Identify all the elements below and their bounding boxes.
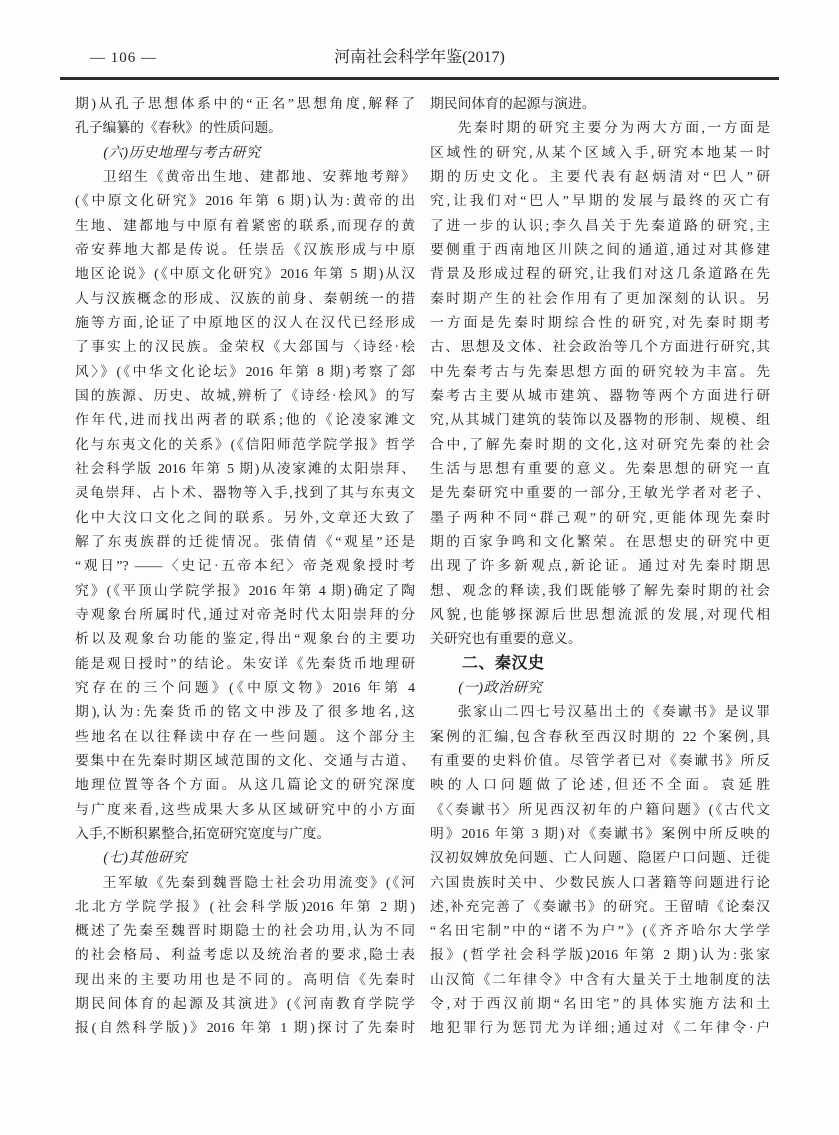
- yearbook-page: — 106 — 河南社会科学年鉴(2017) 期)从孔子思想体系中的“正名”思想…: [0, 0, 839, 1135]
- text-line: 有重要的史料价值。尽管学者已对《奏谳书》所反: [430, 749, 770, 773]
- text-line: 地犯罪行为惩罚尤为详细;通过对《二年律令·户: [430, 1016, 770, 1040]
- text-line: 概述了先秦至魏晋时期隐士的社会功用,认为不同: [75, 919, 415, 943]
- text-line: 期民间体育的起源与演进。: [430, 92, 770, 116]
- section-heading: (六)历史地理与考古研究: [75, 141, 415, 165]
- text-line: 期)从孔子思想体系中的“正名”思想角度,解释了: [75, 92, 415, 116]
- text-line: 能是观日授时”的结论。朱安详《先秦货币地理研: [75, 652, 415, 676]
- text-line: 究,让我们对“巴人”早期的发展与最终的灭亡有: [430, 189, 770, 213]
- text-line: 卫绍生《黄帝出生地、建都地、安葬地考辩》: [75, 165, 415, 189]
- text-line: 作年代,进而找出两者的联系;他的《论凌家滩文: [75, 408, 415, 432]
- text-line: 的社会格局、利益考虑以及统治者的要求,隐士表: [75, 943, 415, 967]
- text-line: 古、思想及文体、社会政治等几个方面进行研究,其: [430, 335, 770, 359]
- section-heading: (一)政治研究: [430, 676, 770, 700]
- text-line: 秦考古主要从城市建筑、器物等两个方面进行研: [430, 384, 770, 408]
- text-line: 映的人口问题做了论述,但还不全面。袁延胜: [430, 773, 770, 797]
- text-line: 报(自然科学版)》2016 年第 1 期)探讨了先秦时: [75, 1016, 415, 1040]
- right-column: 期民间体育的起源与演进。先秦时期的研究主要分为两大方面,一方面是区域性的研究,从…: [430, 92, 770, 1041]
- text-line: 究》(《平顶山学院学报》2016 年第 4 期)确定了陶: [75, 579, 415, 603]
- text-line: 究存在的三个问题》(《中原文物》2016 年第 4: [75, 676, 415, 700]
- text-line: 要侧重于西南地区川陕之间的通道,通过对其修建: [430, 238, 770, 262]
- text-line: 一方面是先秦时期综合性的研究,对先秦时期考: [430, 311, 770, 335]
- text-line: 背景及形成过程的研究,让我们对这几条道路在先: [430, 262, 770, 286]
- text-line: 中先秦考古与先秦思想方面的研究较为丰富。先: [430, 360, 770, 384]
- text-line: 了进一步的认识;李久昌关于先秦道路的研究,主: [430, 214, 770, 238]
- text-line: 风貌,也能够探源后世思想流派的发展,对现代相: [430, 603, 770, 627]
- text-line: 期),认为:先秦货币的铭文中涉及了很多地名,这: [75, 700, 415, 724]
- text-line: 寺观象台所属时代,通过对帝尧时代太阳崇拜的分: [75, 603, 415, 627]
- text-line: 灵龟崇拜、占卜术、器物等入手,找到了其与东夷文: [75, 481, 415, 505]
- text-line: 汉初奴婢放免问题、亡人问题、隐匿户口问题、迁徙: [430, 846, 770, 870]
- text-line: 期的历史文化。主要代表有赵炳清对“巴人”研: [430, 165, 770, 189]
- text-line: 地区论说》(《中原文化研究》2016 年第 5 期)从汉: [75, 262, 415, 286]
- text-line: 墨子两种不同“群己观”的研究,更能体现先秦时: [430, 506, 770, 530]
- text-line: 风〉》(《中华文化论坛》2016 年第 8 期)考察了郐: [75, 360, 415, 384]
- journal-title: 河南社会科学年鉴(2017): [0, 47, 839, 69]
- chapter-heading: 二、秦汉史: [430, 652, 770, 676]
- text-line: 与广度来看,这些成果大多从区域研究中的小方面: [75, 798, 415, 822]
- text-line: 六国贵族时关中、少数民族人口著籍等问题进行论: [430, 871, 770, 895]
- text-line: 报》(哲学社会科学版)2016 年第 2 期)认为:张家: [430, 943, 770, 967]
- text-line: 关研究也有重要的意义。: [430, 627, 770, 651]
- text-line: 生活与思想有重要的意义。先秦思想的研究一直: [430, 457, 770, 481]
- text-line: 国的族源、历史、故城,辨析了《诗经·桧风》的写: [75, 384, 415, 408]
- text-line: 析以及观象台功能的鉴定,得出“观象台的主要功: [75, 627, 415, 651]
- text-line: 解了东夷族群的迁徙情况。张倩倩《“观星”还是: [75, 530, 415, 554]
- text-line: 案例的汇编,包含春秋至西汉时期的 22 个案例,具: [430, 725, 770, 749]
- text-line: 述,补充完善了《奏谳书》的研究。王留晴《论秦汉: [430, 895, 770, 919]
- text-line: 先秦时期的研究主要分为两大方面,一方面是: [430, 116, 770, 140]
- text-line: 要集中在先秦时期区域范围的文化、交通与古道、: [75, 749, 415, 773]
- text-line: 孔子编纂的《春秋》的性质问题。: [75, 116, 415, 140]
- text-line: 秦时期产生的社会作用有了更加深刻的认识。另: [430, 287, 770, 311]
- text-line: 令,对于西汉前期“名田宅”的具体实施方法和土: [430, 992, 770, 1016]
- left-column: 期)从孔子思想体系中的“正名”思想角度,解释了孔子编纂的《春秋》的性质问题。(六…: [75, 92, 415, 1041]
- text-line: 期民间体育的起源及其演进》(《河南教育学院学: [75, 992, 415, 1016]
- text-line: 明》2016 年第 3 期)对《奏谳书》案例中所反映的: [430, 822, 770, 846]
- text-line: 人与汉族概念的形成、汉族的前身、秦朝统一的措: [75, 287, 415, 311]
- header-divider: [60, 77, 779, 80]
- text-line: 了事实上的汉民族。金荣权《大郐国与〈诗经·桧: [75, 335, 415, 359]
- text-line: 生地、建都地与中原有着紧密的联系,而现存的黄: [75, 214, 415, 238]
- text-line: 期的百家争鸣和文化繁荣。在思想史的研究中更: [430, 530, 770, 554]
- text-line: 《〈奏谳书〉所见西汉初年的户籍问题》(《古代文: [430, 798, 770, 822]
- text-line: 入手,不断积累整合,拓宽研究宽度与广度。: [75, 822, 415, 846]
- text-line: 山汉简《二年律令》中含有大量关于土地制度的法: [430, 968, 770, 992]
- text-line: 是先秦研究中重要的一部分,王敏光学者对老子、: [430, 481, 770, 505]
- text-line: (《中原文化研究》2016 年第 6 期)认为:黄帝的出: [75, 189, 415, 213]
- text-line: 化中大汶口文化之间的联系。另外,文章还大致了: [75, 506, 415, 530]
- text-line: 出现了许多新观点,新论证。通过对先秦时期思: [430, 554, 770, 578]
- text-line: 想、观念的释读,我们既能够了解先秦时期的社会: [430, 579, 770, 603]
- section-heading: (七)其他研究: [75, 846, 415, 870]
- text-line: 施等方面,论证了中原地区的汉人在汉代已经形成: [75, 311, 415, 335]
- text-line: 地理位置等各个方面。从这几篇论文的研究深度: [75, 773, 415, 797]
- text-line: 化与东夷文化的关系》(《信阳师范学院学报》哲学: [75, 433, 415, 457]
- text-line: 现出来的主要功用也是不同的。高明信《先秦时: [75, 968, 415, 992]
- text-line: 北北方学院学报》(社会科学版)2016 年第 2 期): [75, 895, 415, 919]
- text-line: 合中,了解先秦时期的文化,这对研究先秦的社会: [430, 433, 770, 457]
- text-line: 张家山二四七号汉墓出土的《奏谳书》是议罪: [430, 700, 770, 724]
- text-line: “名田宅制”中的“诸不为户”》(《齐齐哈尔大学学: [430, 919, 770, 943]
- text-line: “观日”? ——〈史记·五帝本纪〉帝尧观象授时考: [75, 554, 415, 578]
- text-line: 社会科学版 2016 年第 5 期)从凌家滩的太阳崇拜、: [75, 457, 415, 481]
- text-line: 区域性的研究,从某个区域入手,研究本地某一时: [430, 141, 770, 165]
- text-line: 帝安葬地大都是传说。任崇岳《汉族形成与中原: [75, 238, 415, 262]
- text-line: 王军敏《先秦到魏晋隐士社会功用流变》(《河: [75, 871, 415, 895]
- text-line: 些地名在以往释读中存在一些问题。这个部分主: [75, 725, 415, 749]
- text-line: 究,从其城门建筑的装饰以及器物的形制、规模、组: [430, 408, 770, 432]
